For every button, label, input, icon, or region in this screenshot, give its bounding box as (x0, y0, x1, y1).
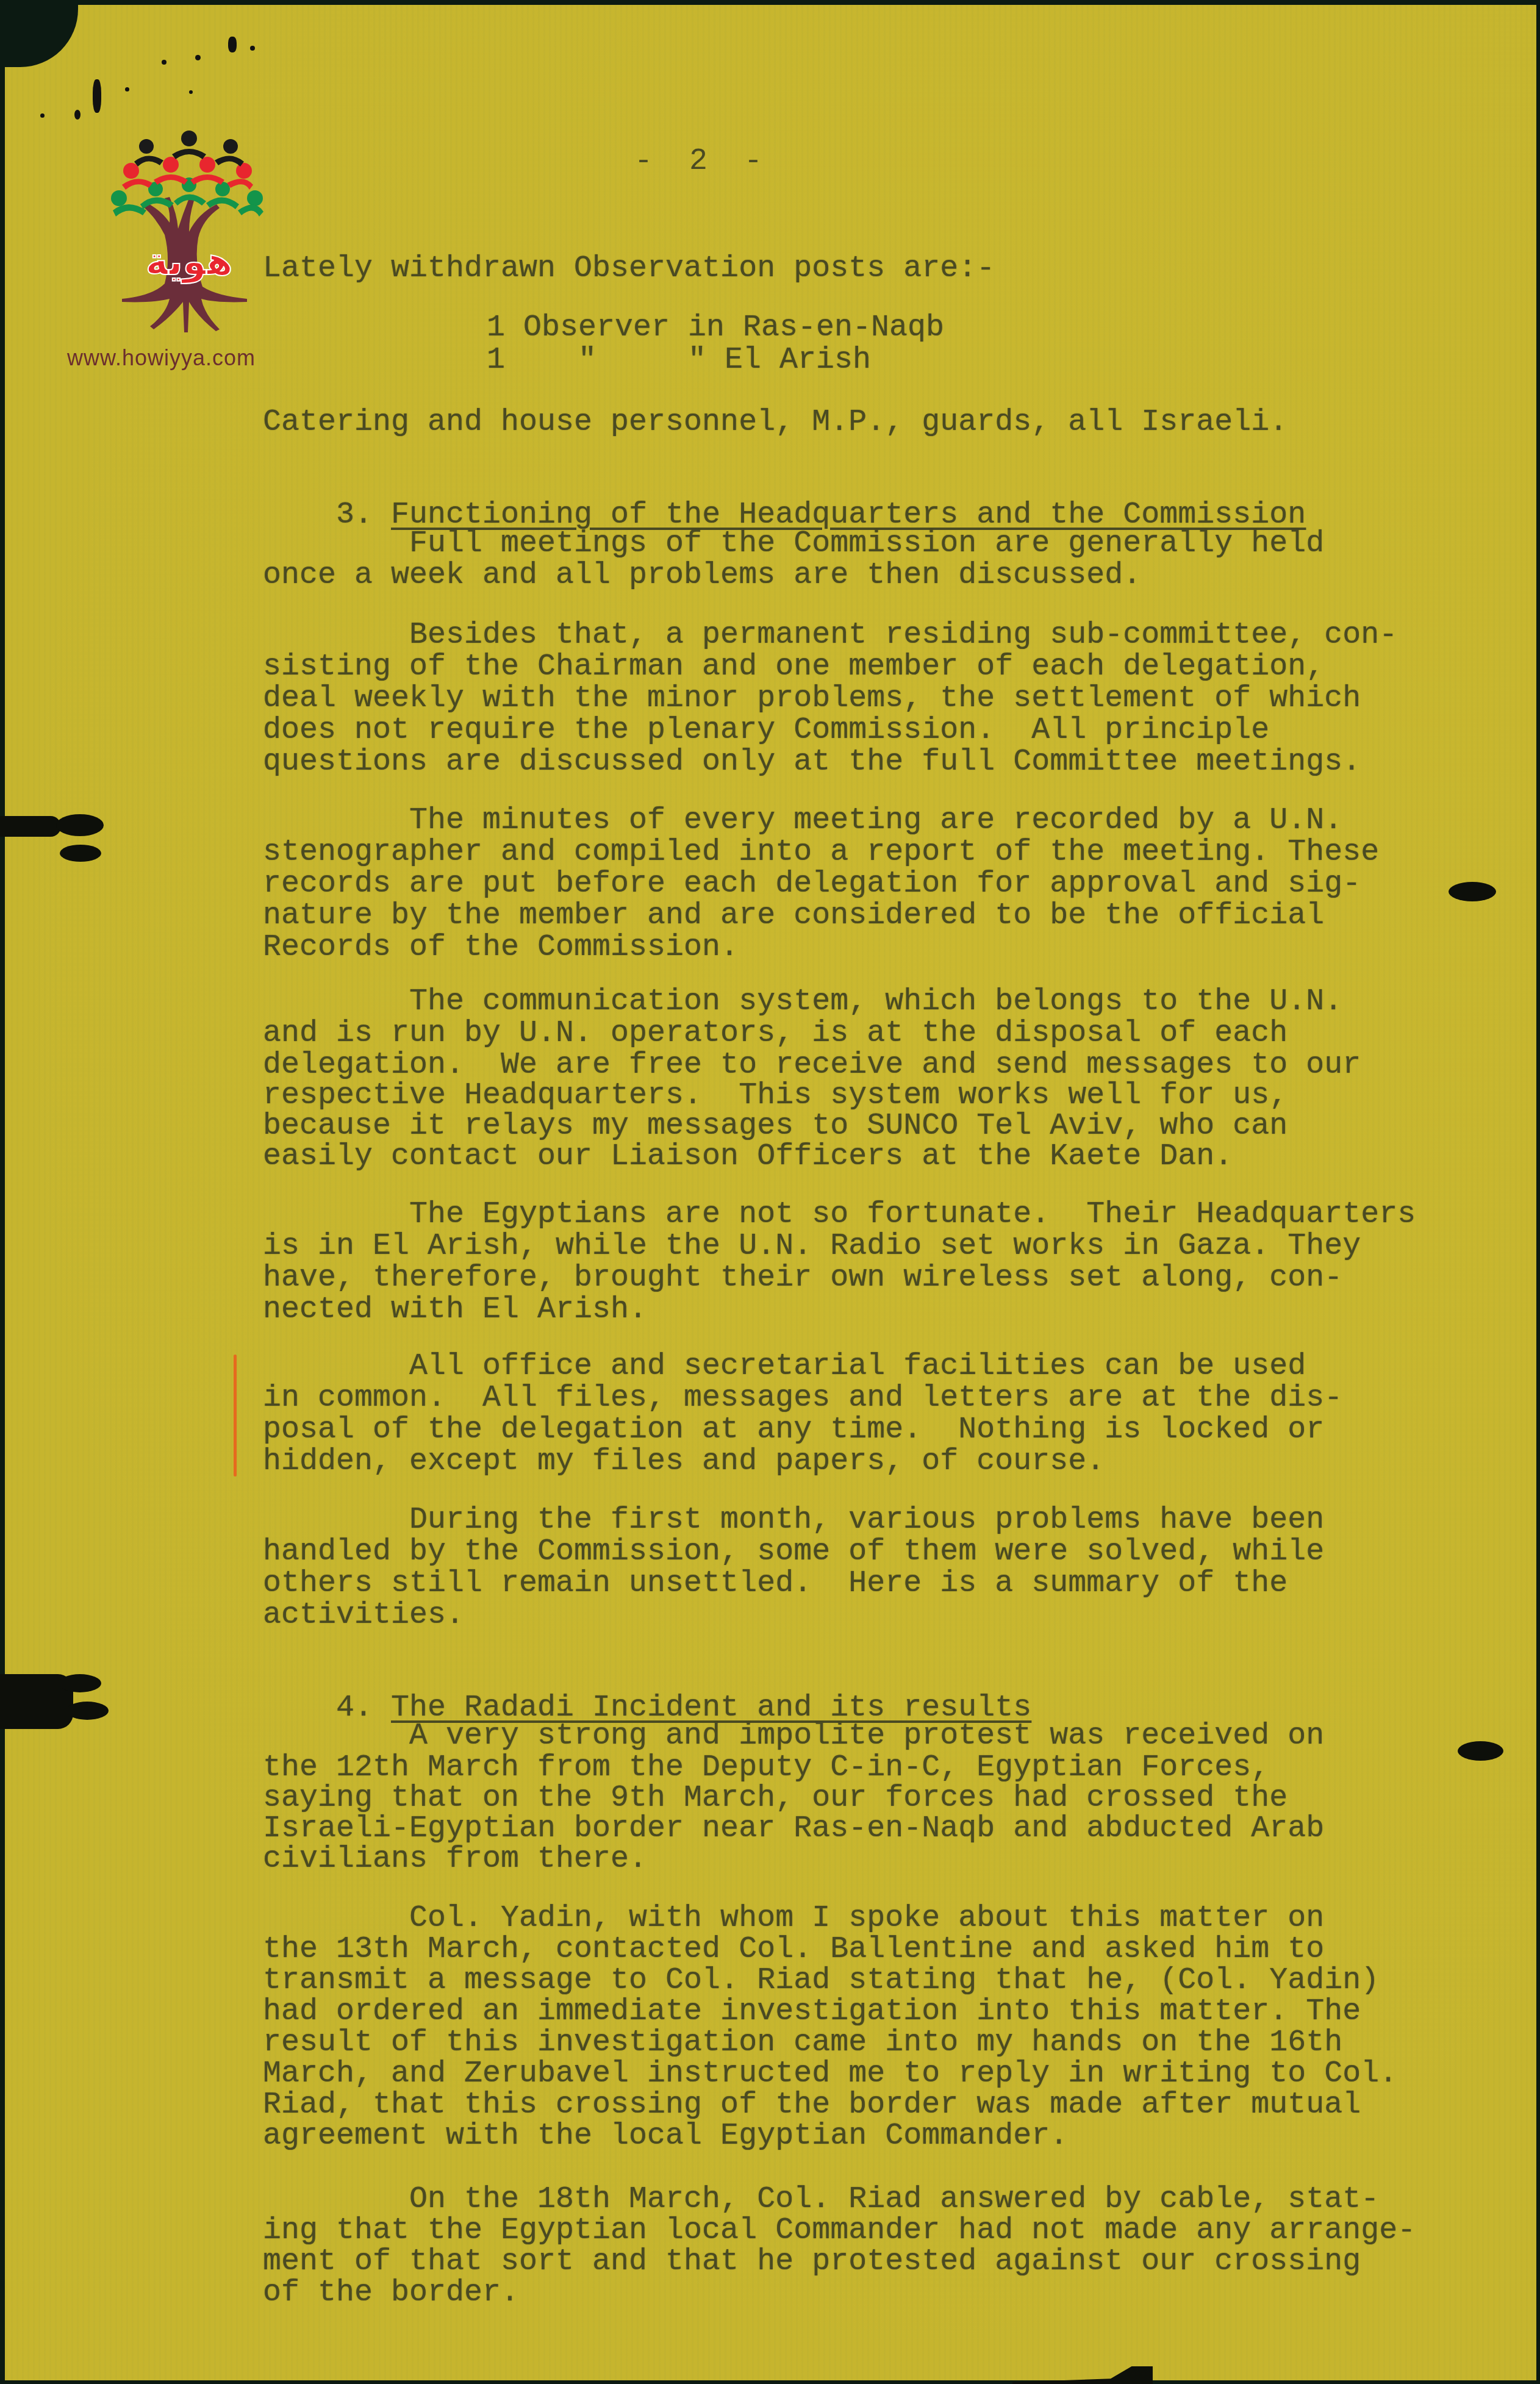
paper-damage-speck (195, 55, 201, 60)
paragraph-line: During the first month, various problems… (263, 1505, 1324, 1536)
observation-post-item: 1 Observer in Ras-en-Naqb (487, 312, 944, 344)
paragraph-line: ing that the Egyptian local Commander ha… (263, 2215, 1416, 2247)
paper-damage-speck (162, 60, 167, 65)
paper-damage-speck (189, 90, 193, 94)
paragraph-line: and is run by U.N. operators, is at the … (263, 1018, 1288, 1050)
paper-damage-speck (40, 113, 45, 118)
paragraph-line: others still remain unsettled. Here is a… (263, 1568, 1288, 1600)
paper-damage-speck (125, 87, 129, 91)
observation-posts-intro: Lately withdrawn Observation posts are:- (263, 253, 995, 285)
paragraph-line: nature by the member and are considered … (263, 900, 1324, 932)
paragraph-line: because it relays my messages to SUNCO T… (263, 1111, 1288, 1142)
howiyya-watermark-logo: هوية (98, 113, 274, 381)
paper-damage-speck (74, 110, 81, 120)
punch-hole (56, 814, 104, 836)
page-edge-left (0, 0, 5, 2384)
tree-of-people-icon: هوية (98, 113, 274, 357)
punch-hole (59, 1674, 101, 1692)
paragraph-line: The minutes of every meeting are recorde… (263, 805, 1342, 837)
punch-hole-tear (0, 816, 61, 837)
page-edge-right (1536, 0, 1540, 2384)
page-edge-top (0, 0, 1540, 5)
paragraph-line: On the 18th March, Col. Riad answered by… (263, 2184, 1379, 2216)
paragraph-line: the 13th March, contacted Col. Ballentin… (263, 1934, 1324, 1966)
torn-corner (0, 0, 78, 67)
punch-hole (60, 845, 101, 862)
paragraph-line: have, therefore, brought their own wirel… (263, 1262, 1342, 1294)
catering-personnel-line: Catering and house personnel, M.P., guar… (263, 407, 1288, 438)
paragraph-line: nected with El Arish. (263, 1294, 647, 1326)
page-number: - 2 - (634, 144, 762, 179)
paragraph-line: hidden, except my files and papers, of c… (263, 1446, 1105, 1478)
paragraph-line: Israeli-Egyptian border near Ras-en-Naqb… (263, 1813, 1324, 1845)
paragraph-line: sisting of the Chairman and one member o… (263, 651, 1324, 683)
paragraph-line: does not require the plenary Commission.… (263, 715, 1269, 746)
paragraph-line: Col. Yadin, with whom I spoke about this… (263, 1903, 1324, 1935)
paragraph-line: Besides that, a permanent residing sub-c… (263, 620, 1397, 651)
paragraph-line: Full meetings of the Commission are gene… (263, 528, 1324, 560)
paragraph-line: saying that on the 9th March, our forces… (263, 1783, 1288, 1814)
document-page: هوية www.howiyya.com - 2 - Lately withdr… (0, 0, 1540, 2384)
paragraph-line: delegation. We are free to receive and s… (263, 1050, 1361, 1081)
paragraph-line: respective Headquarters. This system wor… (263, 1080, 1288, 1112)
paragraph-line: records are put before each delegation f… (263, 868, 1361, 900)
observation-post-item: 1 " " El Arish (487, 345, 871, 376)
page-edge-bottom (0, 2380, 1540, 2384)
margin-mark (234, 1355, 237, 1477)
punch-hole (1458, 1741, 1503, 1761)
paragraph-line: is in El Arish, while the U.N. Radio set… (263, 1231, 1361, 1262)
paragraph-line: of the border. (263, 2277, 519, 2309)
paragraph-line: handled by the Commission, some of them … (263, 1536, 1324, 1568)
paragraph-line: posal of the delegation at any time. Not… (263, 1414, 1324, 1446)
punch-hole (1449, 882, 1496, 901)
paragraph-line: civilians from there. (263, 1844, 647, 1875)
paper-damage-speck (93, 79, 101, 113)
paragraph-line: All office and secretarial facilities ca… (263, 1351, 1306, 1383)
paragraph-line: deal weekly with the minor problems, the… (263, 683, 1361, 715)
paragraph-line: The Egyptians are not so fortunate. Thei… (263, 1199, 1416, 1231)
paragraph-line: agreement with the local Egyptian Comman… (263, 2121, 1068, 2152)
svg-text:هوية: هوية (146, 239, 233, 284)
paragraph-line: activities. (263, 1600, 464, 1631)
paragraph-line: stenographer and compiled into a report … (263, 837, 1379, 868)
punch-hole (66, 1702, 109, 1720)
paragraph-line: The communication system, which belongs … (263, 986, 1342, 1018)
paragraph-line: had ordered an immediate investigation i… (263, 1996, 1361, 2028)
paragraph-line: March, and Zerubavel instructed me to re… (263, 2058, 1397, 2090)
paragraph-line: easily contact our Liaison Officers at t… (263, 1141, 1233, 1173)
paragraph-line: Records of the Commission. (263, 932, 739, 964)
paragraph-line: result of this investigation came into m… (263, 2027, 1342, 2059)
paragraph-line: transmit a message to Col. Riad stating … (263, 1965, 1379, 1997)
watermark-url: www.howiyya.com (67, 345, 256, 371)
paragraph-line: once a week and all problems are then di… (263, 560, 1141, 592)
paragraph-line: Riad, that this crossing of the border w… (263, 2089, 1361, 2121)
paragraph-line: ment of that sort and that he protested … (263, 2246, 1361, 2278)
paragraph-line: A very strong and impolite protest was r… (263, 1720, 1324, 1752)
paper-damage-speck (250, 46, 255, 51)
paper-damage-speck (228, 37, 237, 52)
paragraph-line: in common. All files, messages and lette… (263, 1383, 1342, 1414)
paragraph-line: the 12th March from the Deputy C-in-C, E… (263, 1752, 1269, 1784)
paragraph-line: questions are discussed only at the full… (263, 746, 1361, 778)
